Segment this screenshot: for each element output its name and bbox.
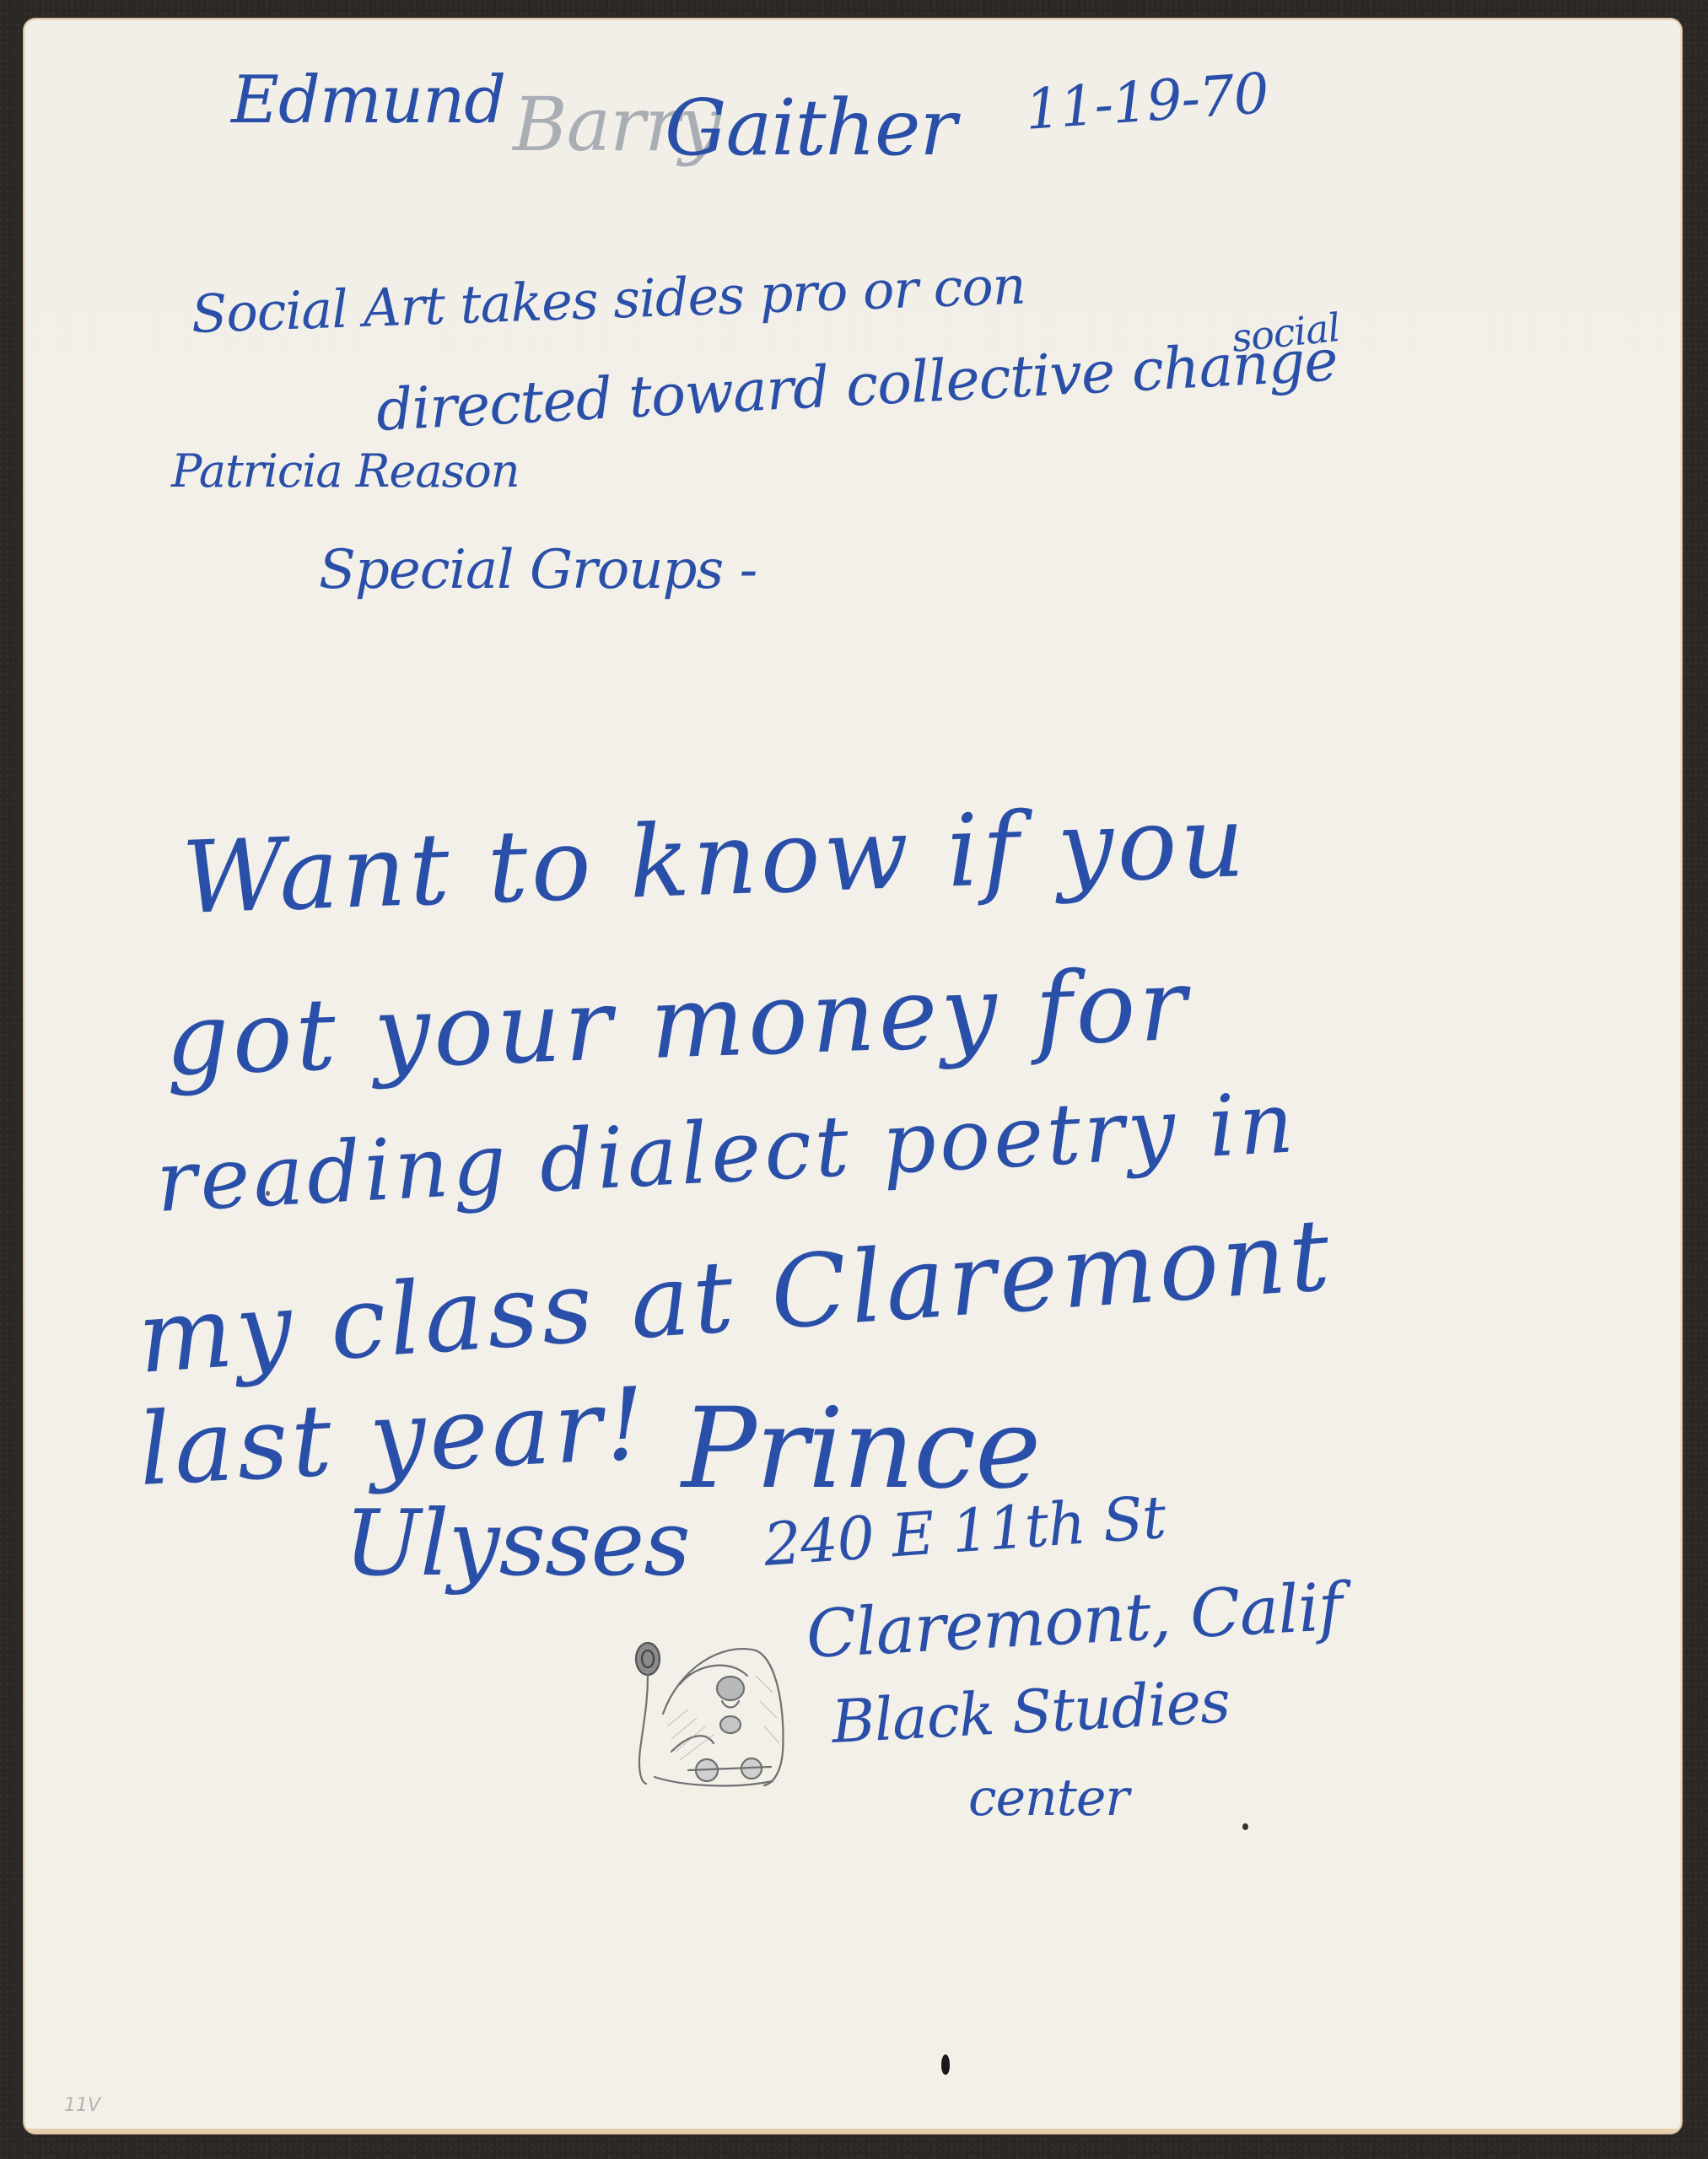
notes-line-1: Social Art takes sides pro or con xyxy=(191,260,1026,341)
ink-dot xyxy=(266,1191,270,1196)
header-date: 11-19-70 xyxy=(1023,66,1269,138)
header-last-name: Gaither xyxy=(665,89,956,167)
paper-sheet: Edmund Barry Gaither 11-19-70 Social Art… xyxy=(24,19,1682,2134)
ink-dot xyxy=(1242,1823,1248,1830)
message-line-5: last year! xyxy=(137,1374,651,1499)
signature-last-name: Prince xyxy=(682,1393,1040,1505)
message-line-3: reading dialect poetry in xyxy=(154,1080,1299,1225)
ink-blot xyxy=(941,2054,950,2075)
address-line-2: Claremont, Calif xyxy=(805,1575,1344,1668)
message-line-2: got your money for xyxy=(164,955,1192,1090)
address-line-3: Black Studies xyxy=(830,1672,1231,1752)
message-line-1: Want to know if you xyxy=(180,791,1249,928)
notes-line-2: directed toward collective change xyxy=(374,332,1339,440)
notes-line-4: Special Groups - xyxy=(319,543,757,597)
pencil-sketch-face-icon xyxy=(629,1625,789,1794)
address-line-4: center xyxy=(968,1773,1129,1823)
signature-first-name: Ulysses xyxy=(344,1499,690,1590)
notes-line-3: Patricia Reason xyxy=(171,449,520,494)
header-first-name: Edmund xyxy=(231,67,505,133)
message-line-4: my class at Claremont xyxy=(135,1204,1336,1387)
margin-mark: 11V xyxy=(64,2095,100,2116)
